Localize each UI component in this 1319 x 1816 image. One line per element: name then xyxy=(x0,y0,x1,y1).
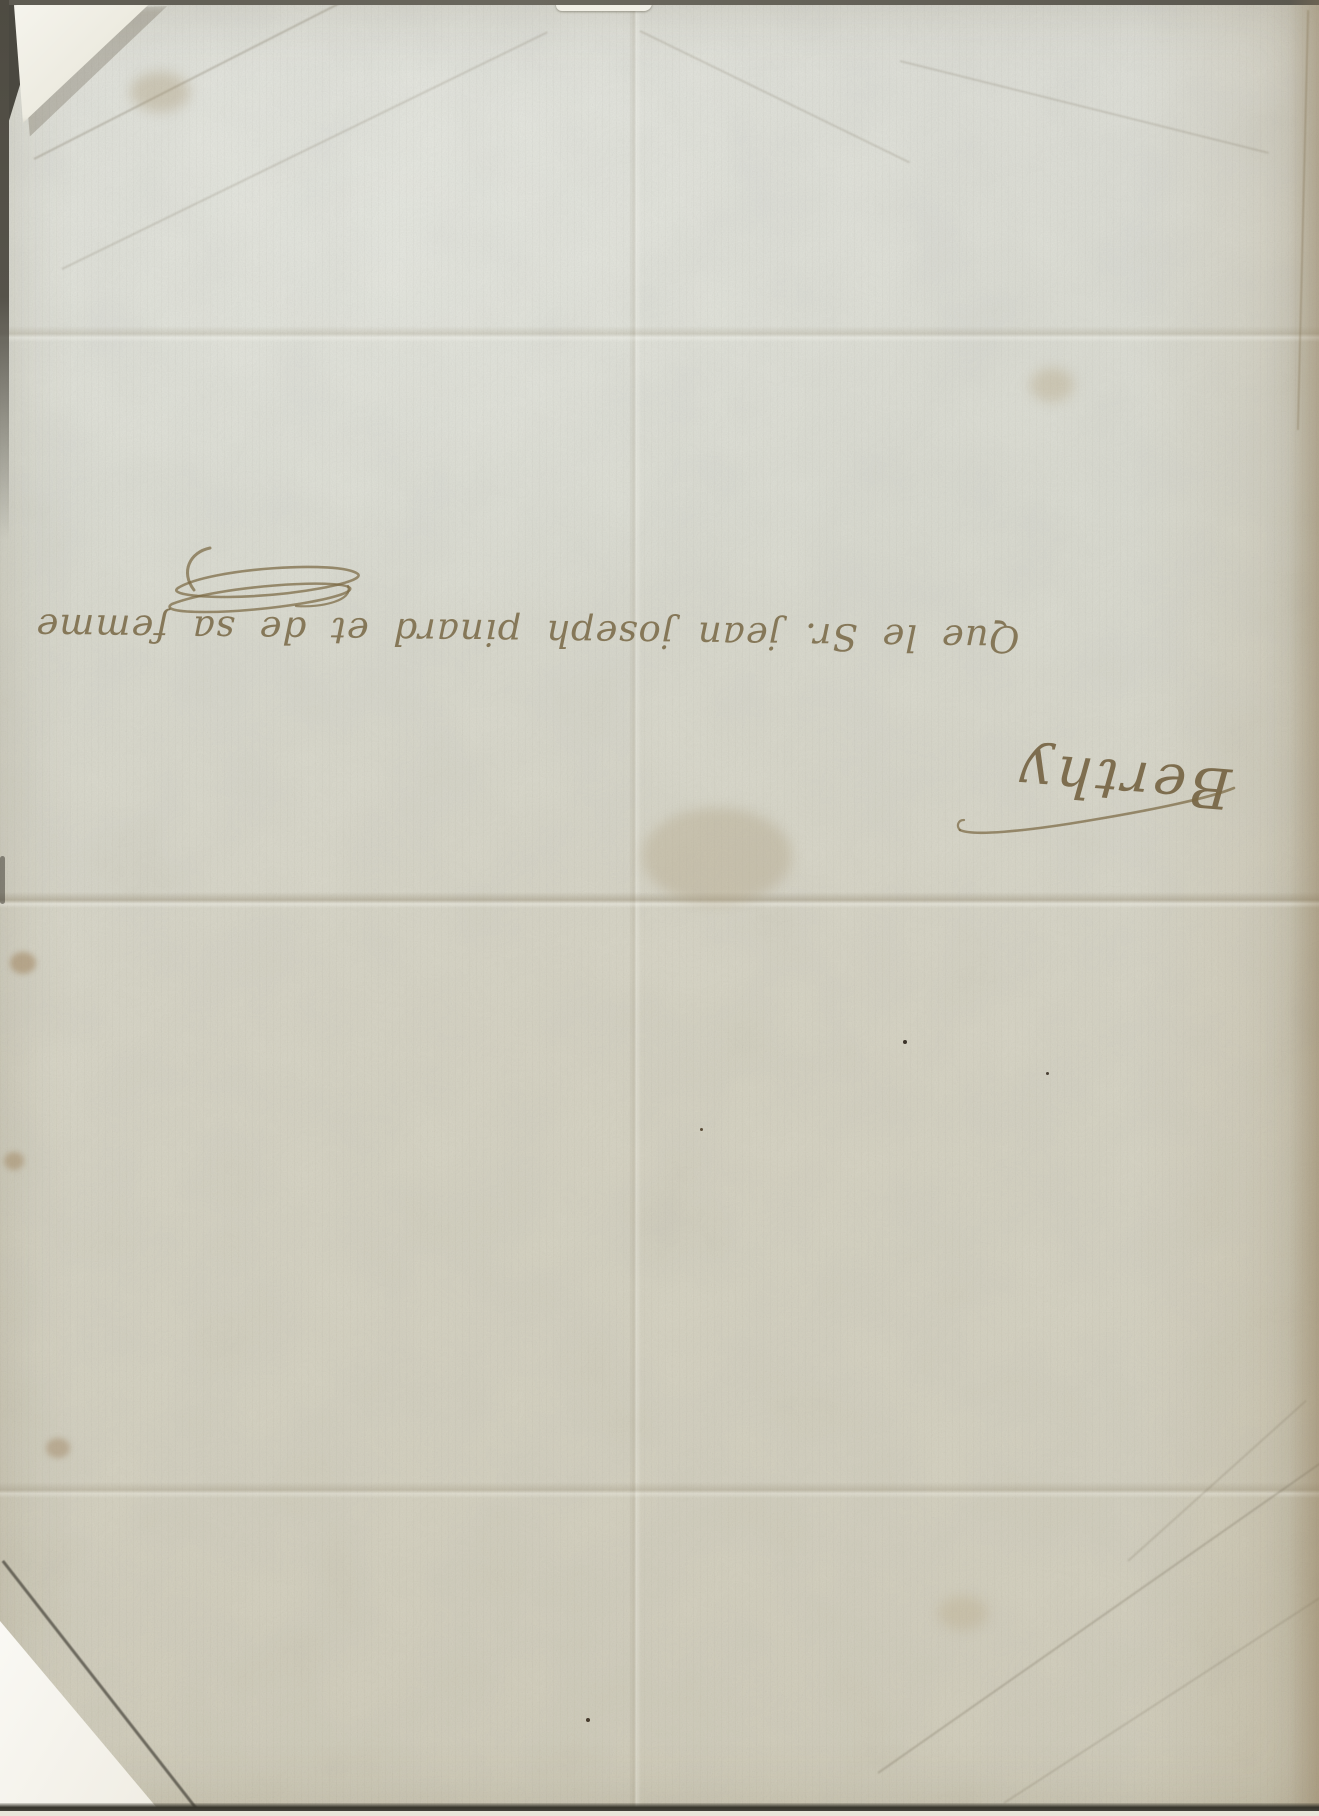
left-edge-nick xyxy=(0,856,5,904)
vertical-fold-line xyxy=(629,0,641,1816)
signature-flourish xyxy=(952,776,1242,846)
left-margin-foxing-1 xyxy=(10,952,36,974)
left-edge-shadow xyxy=(0,0,9,540)
horizontal-fold-bottom xyxy=(0,1482,1319,1498)
ink-speck-2 xyxy=(586,1718,590,1722)
top-left-corner-stain xyxy=(130,72,190,112)
left-margin-foxing-3 xyxy=(46,1438,70,1458)
center-fold-stain xyxy=(642,808,792,904)
bottom-tan-stain xyxy=(938,1596,988,1630)
bottom-edge-sliver xyxy=(0,1811,1319,1816)
ink-speck-1 xyxy=(903,1040,907,1044)
ink-speck-4 xyxy=(700,1128,703,1131)
horizontal-fold-top xyxy=(0,326,1319,342)
bottom-edge-line xyxy=(0,1803,1319,1811)
horizontal-fold-middle xyxy=(0,892,1319,908)
top-edge-shadow xyxy=(0,0,1319,5)
docket-line-handwriting: Que le Sr. jean joseph pinard et de sa f… xyxy=(128,589,1021,674)
ink-speck-3 xyxy=(1046,1072,1049,1075)
right-edge-shading xyxy=(1289,0,1319,1816)
paper-mottle-noise xyxy=(0,0,1319,1816)
left-margin-foxing-2 xyxy=(4,1152,24,1170)
scanned-document-page: { "document": { "docket_line": "Que le S… xyxy=(0,0,1319,1816)
right-mid-stain xyxy=(1030,368,1074,402)
